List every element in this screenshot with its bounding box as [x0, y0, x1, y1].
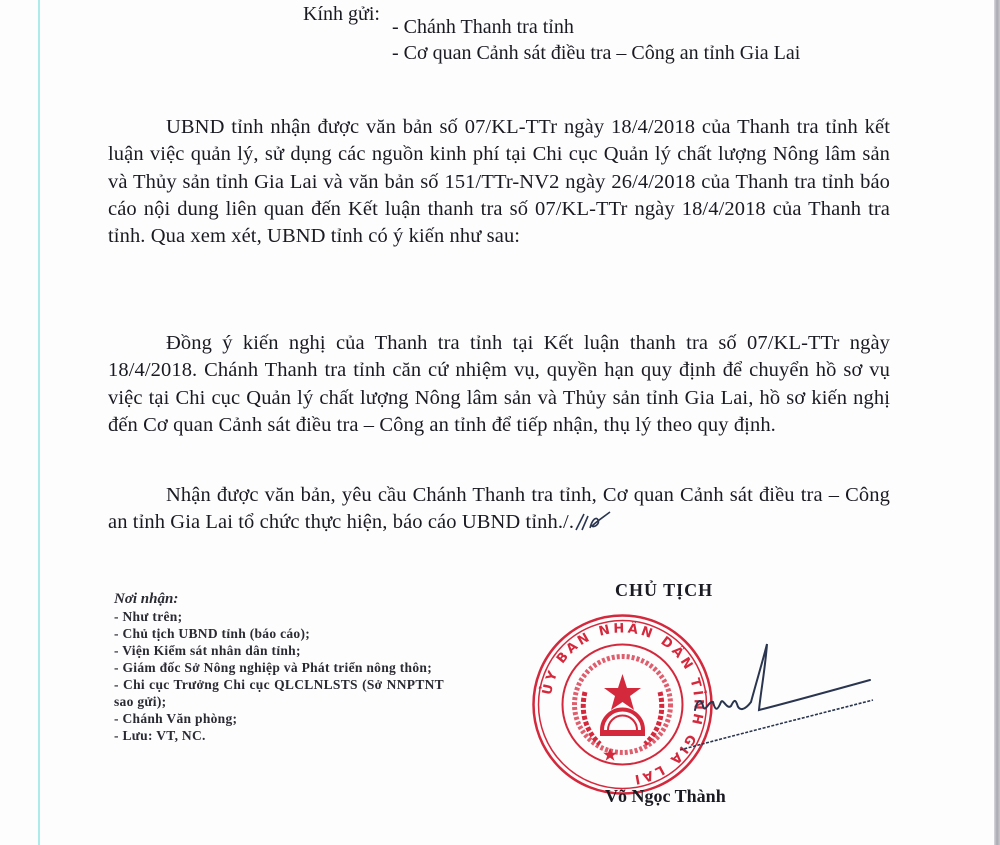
addressee-item: - Chánh Thanh tra tỉnh	[392, 14, 800, 40]
page-edge-shadow	[994, 0, 1000, 845]
recipient-item: - Viện Kiểm sát nhân dân tỉnh;	[114, 642, 444, 659]
position-title: CHỦ TỊCH	[615, 580, 713, 601]
body-paragraph-1: UBND tỉnh nhận được văn bản số 07/KL-TTr…	[108, 114, 890, 250]
handwritten-initials-icon	[574, 510, 612, 532]
signer-name: Võ Ngọc Thành	[605, 786, 726, 807]
recipient-item: - Chủ tịch UBND tỉnh (báo cáo);	[114, 625, 444, 642]
page-margin-rule	[38, 0, 40, 845]
addressee-list: - Chánh Thanh tra tỉnh - Cơ quan Cảnh sá…	[392, 14, 800, 66]
recipient-item: - Lưu: VT, NC.	[114, 727, 444, 744]
body-paragraph-3: Nhận được văn bản, yêu cầu Chánh Thanh t…	[108, 482, 890, 537]
addressee-item: - Cơ quan Cảnh sát điều tra – Công an tỉ…	[392, 40, 800, 66]
recipient-item: - Giám đốc Sở Nông nghiệp và Phát triển …	[114, 659, 444, 676]
recipient-item: - Chi cục Trưởng Chi cục QLCLNLSTS (Sở N…	[114, 676, 444, 710]
recipients-block: Nơi nhận: - Như trên; - Chủ tịch UBND tỉ…	[114, 590, 444, 744]
body-paragraph-2: Đồng ý kiến nghị của Thanh tra tỉnh tại …	[108, 330, 890, 439]
recipient-item: - Như trên;	[114, 608, 444, 625]
salutation-label: Kính gửi:	[303, 2, 380, 26]
recipient-item: - Chánh Văn phòng;	[114, 710, 444, 727]
closing-paragraph-text: Nhận được văn bản, yêu cầu Chánh Thanh t…	[108, 484, 890, 533]
recipients-title: Nơi nhận:	[114, 590, 444, 608]
handwritten-signature-icon	[675, 640, 875, 760]
